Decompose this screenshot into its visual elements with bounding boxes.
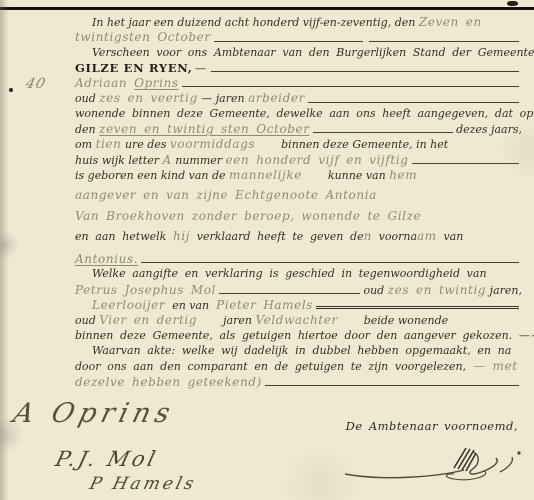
handwritten-text: Petrus Josephus Mol — [75, 283, 216, 297]
signature-witness-1: P.J. Mol — [53, 447, 161, 471]
top-border-rule — [0, 7, 534, 10]
printed-text: Verscheen voor ons Ambtenaar van den Bur… — [92, 46, 534, 59]
handwritten-text: — met — [466, 359, 518, 373]
handwritten-text: Zeven en — [419, 15, 482, 29]
handwritten-text: n — [364, 229, 372, 243]
printed-text: den — [75, 123, 99, 136]
doc-line: Van Broekhoven zonder beroep, wonende te… — [75, 209, 522, 224]
handwritten-text: Pieter Hamels — [216, 298, 313, 312]
ruled-blank-line — [214, 41, 364, 42]
doc-line: dezelve hebben geteekend) — [75, 375, 522, 390]
signature-witness-2: P Hamels — [88, 474, 199, 494]
printed-text: wonende binnen deze Gemeente, dewelke aa… — [75, 107, 533, 120]
ruled-blank-line-bold — [316, 306, 519, 309]
doc-line: GILZE EN RYEN, — — [75, 61, 522, 76]
printed-text: binnen deze Gemeente, als getuigen hiert… — [75, 329, 519, 342]
doc-line: is geboren een kind van de mannelijkekun… — [75, 168, 522, 183]
handwritten-text: mannelijke — [229, 168, 302, 182]
printed-text: oud — [75, 314, 99, 327]
printed-text: Waarvan akte: welke wij dadelijk in dubb… — [92, 344, 511, 357]
act-number: 40 — [24, 76, 48, 92]
printed-text: dezes jaars, — [456, 123, 522, 136]
printed-caps-text: GILZE EN RYEN, — [75, 61, 193, 75]
ink-blot — [507, 1, 518, 6]
printed-text: ure des — [121, 138, 170, 151]
ruled-blank-line — [369, 41, 519, 42]
handwritten-text: Veldwachter — [255, 313, 337, 327]
doc-line: door ons aan den comparant en de getuige… — [75, 359, 522, 374]
handwritten-text: dezelve hebben geteekend) — [75, 375, 262, 389]
printed-text: en van — [165, 299, 216, 312]
doc-line: Antonius. — [75, 252, 522, 267]
doc-line: oud zes en veertig — jaren arbeider — [75, 91, 522, 106]
doc-line: den zeven en twintig sten Octoberdezes j… — [75, 122, 522, 137]
ruled-blank-line — [265, 385, 519, 386]
printed-text: en aan hetwelk — [75, 230, 173, 243]
doc-line: wonende binnen deze Gemeente, dewelke aa… — [75, 107, 522, 122]
handwritten-text: voormiddags — [170, 137, 255, 151]
handwritten-text: Vier en dertig — [99, 313, 197, 327]
printed-dash: — — — [519, 329, 534, 342]
handwritten-underlined-text: Antonius. — [75, 252, 138, 266]
handwritten-text: een honderd vijf en vijftig — [226, 153, 409, 167]
doc-line: Petrus Josephus Moloud zes en twintig ja… — [75, 283, 522, 298]
printed-text: is geboren een kind van de — [75, 169, 229, 182]
official-label: De Ambtenaar voornoemd, — [346, 419, 518, 433]
printed-text: verklaard heeft te geven de — [190, 230, 364, 243]
ruled-blank-line — [211, 71, 520, 72]
signature-declarant: A Oprins — [10, 398, 178, 429]
doc-line: om tien ure des voormiddagsbinnen deze G… — [75, 137, 522, 152]
printed-text: om — [75, 138, 96, 151]
printed-text: huis wijk letter — [75, 154, 162, 167]
official-signature-flourish-icon — [342, 444, 526, 500]
ruled-blank-line — [412, 163, 519, 164]
handwritten-text: zes en veertig — [99, 91, 198, 105]
printed-text: van — [437, 230, 464, 243]
ruled-blank-line — [141, 262, 519, 263]
doc-line: Adriaan Oprins — [75, 76, 522, 91]
handwritten-text: am — [417, 229, 437, 243]
ruled-blank-line — [182, 86, 519, 87]
handwritten-underlined-text: zeven en twintig sten October — [99, 122, 309, 136]
printed-dash: — — [193, 62, 208, 75]
doc-line: In het jaar een duizend acht honderd vij… — [75, 15, 522, 30]
printed-text: kunne van — [328, 169, 389, 182]
printed-text: — jaren — [198, 92, 248, 105]
handwritten-text: Adriaan — [75, 76, 134, 90]
document-body: In het jaar een duizend acht honderd vij… — [75, 15, 522, 390]
doc-line: oud Vier en dertigjaren Veldwachterbeide… — [75, 313, 522, 328]
printed-text: beide wonende — [364, 314, 448, 327]
ruled-blank-line — [313, 132, 453, 133]
printed-text: binnen deze Gemeente, in het — [281, 138, 448, 151]
printed-text: voorna — [372, 230, 417, 243]
printed-text: door ons aan den comparant en de getuige… — [75, 360, 466, 373]
printed-text: jaren — [223, 314, 255, 327]
handwritten-text: hem — [389, 168, 417, 182]
doc-line: twintigsten October — [75, 30, 522, 45]
ruled-blank-line — [308, 102, 519, 103]
handwritten-text: A — [162, 153, 171, 167]
doc-line: huis wijk letter A nummer een honderd vi… — [75, 153, 522, 168]
printed-text: Welke aangifte en verklaring is geschied… — [92, 267, 487, 280]
doc-line: binnen deze Gemeente, als getuigen hiert… — [75, 329, 522, 344]
printed-text: oud — [75, 92, 99, 105]
handwritten-text: hij — [173, 229, 190, 243]
doc-line: Welke aangifte en verklaring is geschied… — [75, 267, 522, 282]
doc-line: en aan hetwelk hij verklaard heeft te ge… — [75, 229, 522, 244]
doc-line: Waarvan akte: welke wij dadelijk in dubb… — [75, 344, 522, 359]
handwritten-text: zes en twintig — [388, 283, 486, 297]
margin-dot — [9, 88, 13, 92]
handwritten-text: arbeider — [248, 91, 305, 105]
handwritten-text: Leerlooijer — [92, 298, 165, 312]
doc-line: Leerlooijer en van Pieter Hamels — [75, 298, 522, 313]
printed-text: jaren, — [486, 284, 522, 297]
printed-text: nummer — [172, 154, 226, 167]
ruled-blank-line — [219, 293, 360, 294]
doc-line: Verscheen voor ons Ambtenaar van den Bur… — [75, 46, 522, 61]
printed-text: In het jaar een duizend acht honderd vij… — [92, 16, 419, 29]
handwritten-underlined-text: Oprins — [134, 76, 179, 90]
handwritten-text: Van Broekhoven zonder beroep, wonende te… — [75, 209, 421, 223]
handwritten-text: aangever en van zijne Echtgenoote Antoni… — [75, 188, 377, 202]
handwritten-text: tien — [96, 137, 122, 151]
printed-text: oud — [363, 284, 387, 297]
handwritten-text: twintigsten October — [75, 30, 211, 44]
doc-line: aangever en van zijne Echtgenoote Antoni… — [75, 188, 522, 203]
